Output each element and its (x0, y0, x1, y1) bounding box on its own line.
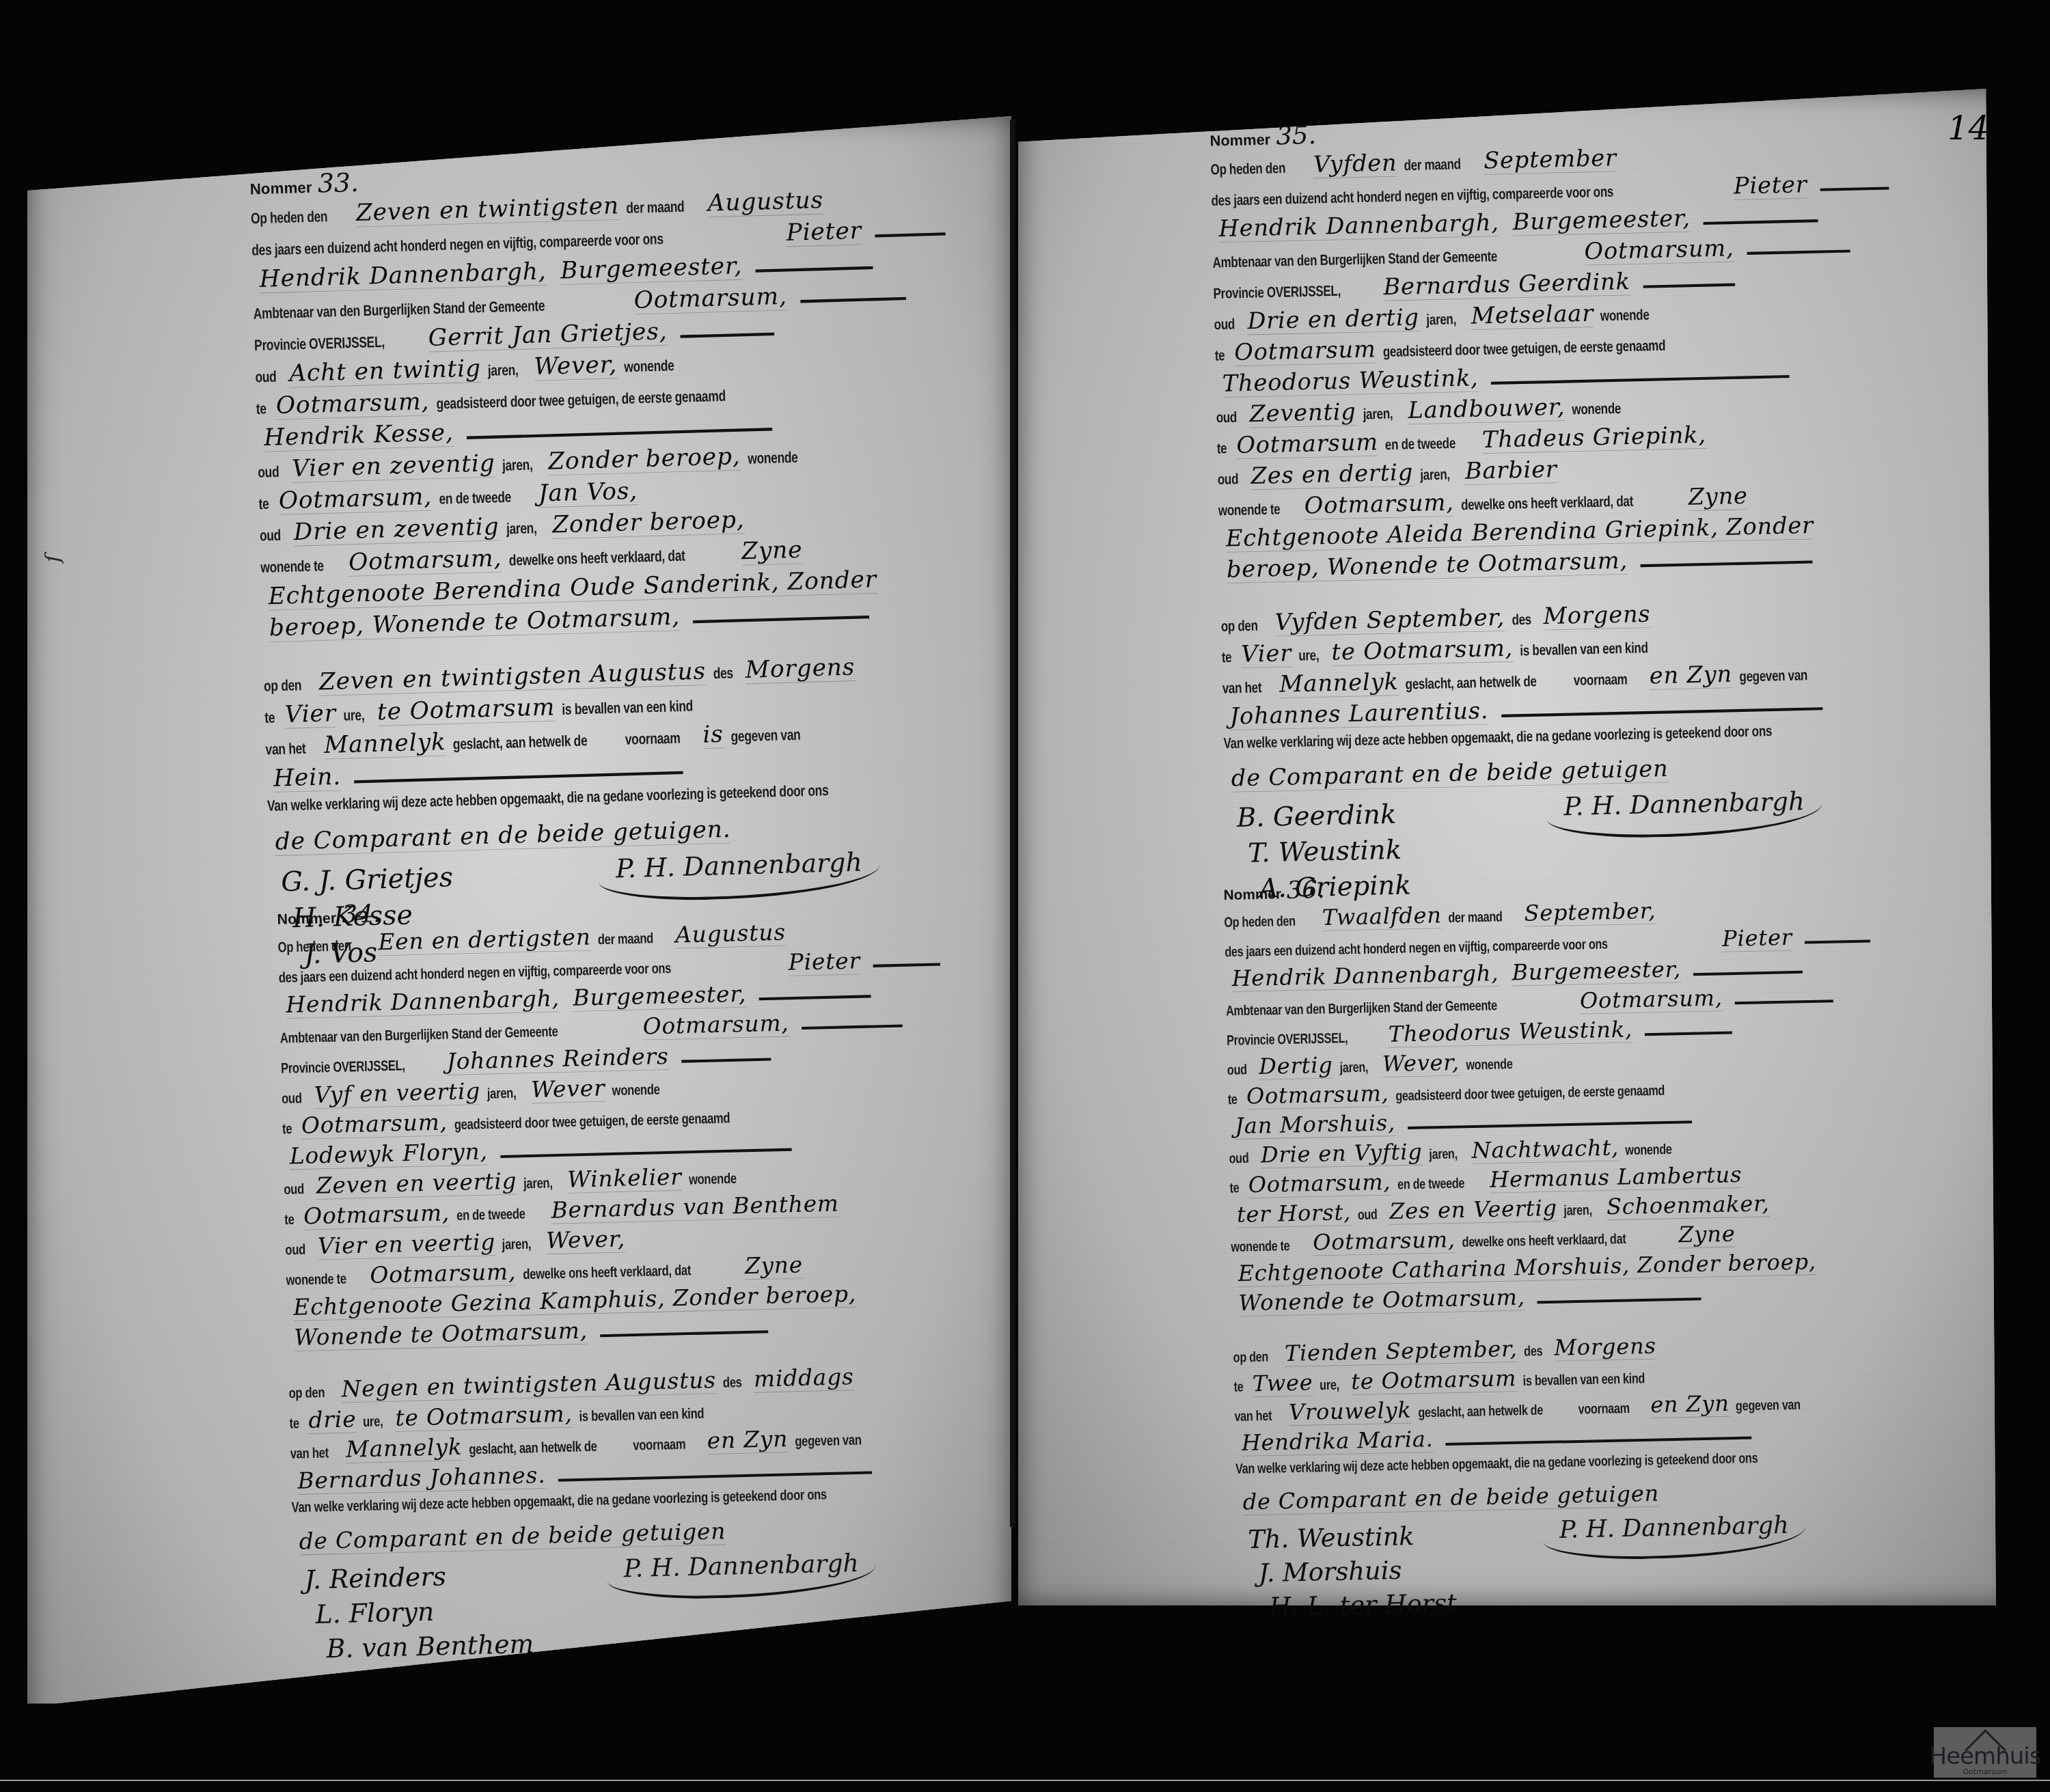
witness2-age: Vier en veertig (318, 1229, 496, 1260)
witness-signature: H. L. ter Horst (1269, 1588, 1458, 1621)
filler-rule (681, 1058, 771, 1062)
printed-wonende: wonende (624, 357, 674, 376)
official-first-name: Pieter (786, 217, 862, 247)
act-number: 33. (317, 168, 359, 199)
birth-place: te Ootmarsum (377, 693, 555, 726)
time-of-day: Morgens (745, 654, 856, 685)
official-title: Burgemeester, (560, 252, 743, 285)
printed-te: te (1229, 1179, 1239, 1196)
time-of-day: Morgens (1543, 601, 1651, 631)
printed-en-de-tweede: en de tweede (1385, 435, 1456, 454)
printed-wonende: wonende (612, 1081, 659, 1099)
act-day: Vyfden (1313, 150, 1397, 178)
witness-signature: B. van Benthem (326, 1629, 534, 1664)
printed-jaren: jaren, (1426, 310, 1456, 329)
witness1-occupation: Landbouwer, (1408, 394, 1566, 425)
signature-block: J. ReindersL. FlorynB. van BenthemP. H. … (293, 1545, 890, 1683)
printed-jaren: jaren, (1363, 404, 1393, 423)
printed-des-jaars: des jaars een duizend acht honderd negen… (278, 959, 671, 986)
witness1-occupation: Winkelier (567, 1164, 682, 1194)
birth-hour: Vier (1241, 640, 1292, 668)
act-month: Augustus (675, 920, 786, 948)
printed-ambtenaar: Ambtenaar van den Burgerlijken Stand der… (1212, 247, 1497, 271)
printed-wonende-te: wonende te (1218, 500, 1281, 519)
printed-dewelke: dewelke ons heeft verklaard, dat (1462, 1230, 1626, 1251)
printed-op-heden-den: Op heden den (1210, 159, 1285, 179)
filler-rule (1501, 707, 1822, 717)
filler-rule (354, 771, 683, 784)
witness-signature: L. Floryn (315, 1596, 435, 1629)
printed-jaren: jaren, (523, 1174, 553, 1192)
filler-rule (1703, 219, 1818, 225)
child-name: Hein. (273, 763, 342, 792)
birth-hour: Twee (1252, 1370, 1313, 1397)
filler-rule (1537, 1297, 1701, 1304)
printed-en-de-tweede: en de tweede (1397, 1174, 1465, 1193)
printed-is-bevallen: is bevallen van een kind (1523, 1370, 1645, 1390)
printed-provincie: Provincie OVERIJSSEL, (1227, 1030, 1348, 1049)
witness-signature: B. Geerdink (1236, 799, 1396, 833)
nummer-label: Nommer (277, 909, 336, 928)
witness2-name: Hermanus Lambertus (1490, 1162, 1742, 1193)
child-name: Hendrika Maria. (1242, 1426, 1434, 1456)
printed-jaren: jaren, (1563, 1202, 1592, 1219)
child-sex: Mannelyk (1279, 669, 1399, 698)
printed-jaren: jaren, (1339, 1058, 1368, 1076)
witness2-occupation: Schoenmaker, (1607, 1191, 1770, 1221)
filler-rule (1641, 560, 1813, 567)
witness1-age: Vier en zeventig (292, 450, 495, 483)
filler-rule (1645, 1031, 1732, 1036)
mother-residence-line: Wonende te Ootmarsum, (1238, 1285, 1525, 1317)
witness2-age: Zes en Veertig (1389, 1196, 1557, 1225)
declarant-age: Drie en dertig (1247, 304, 1419, 335)
printed-des: des (722, 1373, 741, 1391)
birth-act-33: Nommer33.Op heden denZeven en twintigste… (249, 153, 918, 978)
birth-act-36: Nommer36.Op heden denTwaalfdender maandS… (1223, 866, 1840, 1640)
printed-des-jaars: des jaars een duizend acht honderd negen… (1225, 935, 1608, 961)
time-of-day: Morgens (1554, 1334, 1656, 1362)
nummer-label: Nommer (249, 178, 312, 197)
official-name: Hendrik Dannenbargh, (1218, 210, 1499, 243)
printed-op-den: op den (288, 1383, 325, 1402)
official-name: Hendrik Dannenbargh, (1231, 961, 1499, 992)
printed-te: te (264, 708, 275, 727)
witness1-age: Drie en Vyftig (1261, 1140, 1423, 1169)
filler-rule (758, 995, 871, 1000)
printed-geadsisteerd: geadsisteerd door twee getuigen, de eers… (454, 1109, 730, 1133)
name-note: is (702, 721, 724, 749)
declarant-name: Gerrit Jan Grietjes, (428, 318, 668, 352)
witness2-residence: Ootmarsum, (1304, 489, 1454, 519)
printed-op-den: op den (264, 676, 302, 695)
witness2-name: Jan Vos, (538, 478, 638, 508)
watermark-brand: Heemhuis (1930, 1745, 2041, 1768)
act-month: September, (1524, 898, 1656, 927)
filler-rule (1693, 971, 1803, 976)
printed-te: te (1221, 648, 1231, 666)
birth-date: Tienden September, (1285, 1336, 1518, 1367)
printed-wonende-te: wonende te (286, 1270, 346, 1289)
witness2-residence: Ootmarsum, (348, 545, 502, 577)
witness2-age: Drie en zeventig (293, 513, 500, 547)
printed-jaren: jaren, (502, 1235, 532, 1253)
printed-ure: ure, (343, 706, 364, 725)
printed-oud: oud (1216, 409, 1237, 427)
child-name: Johannes Laurentius. (1229, 698, 1488, 730)
witness1-residence: Ootmarsum, (303, 1200, 450, 1230)
act-month: Augustus (707, 187, 823, 217)
declarant-residence: Ootmarsum, (301, 1109, 448, 1140)
declarant-occupation: Metselaar (1471, 300, 1594, 330)
printed-wonende: wonende (1600, 306, 1650, 325)
printed-oud: oud (255, 368, 277, 387)
printed-oud: oud (1218, 470, 1239, 488)
printed-der-maand: der maand (1448, 908, 1503, 926)
gemeente: Ootmarsum, (633, 283, 787, 315)
official-signature: P. H. Dannenbargh (1546, 783, 1822, 840)
heemhuis-watermark: Heemhuis Ootmarsum (1934, 1727, 2036, 1778)
printed-van-het: van het (1222, 678, 1261, 697)
birth-date: Vyfden September, (1274, 604, 1505, 636)
filler-rule (1491, 375, 1790, 385)
birth-place: te Ootmarsum, (1331, 635, 1513, 665)
witness1-age: Zeven en veertig (316, 1168, 517, 1200)
printed-ambtenaar: Ambtenaar van den Burgerlijken Stand der… (1226, 997, 1497, 1019)
printed-te: te (258, 495, 269, 513)
child-name: Bernardus Johannes. (297, 1462, 546, 1494)
witness2-age: Zes en dertig (1250, 459, 1413, 490)
birth-act-35: Nommer35.Op heden denVyfdender maandSept… (1209, 109, 1859, 911)
act-day: Twaalfden (1322, 903, 1442, 931)
printed-geslacht: geslacht, aan hetwelk de (1418, 1401, 1543, 1421)
witness1-occupation: Zonder beroep, (548, 443, 741, 475)
declarant-age: Acht en twintig (289, 355, 482, 387)
margin-mark: ſ (41, 555, 65, 562)
printed-oud: oud (1214, 315, 1235, 333)
printed-oud: oud (1227, 1061, 1247, 1078)
printed-jaren: jaren, (487, 1084, 517, 1102)
printed-gegeven-van: gegeven van (795, 1431, 862, 1450)
official-signature: P. H. Dannenbargh (607, 1545, 877, 1601)
printed-dewelke: dewelke ons heeft verklaard, dat (508, 547, 685, 570)
printed-gegeven-van: gegeven van (1736, 1396, 1801, 1414)
official-title: Burgemeester, (573, 981, 747, 1012)
birth-place: te Ootmarsum (1351, 1366, 1517, 1395)
printed-is-bevallen: is bevallen van een kind (1520, 639, 1648, 659)
printed-te: te (1214, 346, 1225, 364)
witness1-residence: Ootmarsum (1236, 429, 1378, 459)
witness1-name: Hendrik Kesse, (264, 419, 454, 452)
witness-signature: J. Morshuis (1258, 1556, 1402, 1588)
act-number: 35. (1276, 120, 1317, 150)
witness-signature: G. J. Grietjes (281, 861, 454, 897)
filler-rule (755, 266, 873, 273)
zyne: Zyne (741, 536, 803, 566)
witness2-residence: Ootmarsum, (370, 1259, 517, 1289)
filler-rule (500, 1148, 791, 1158)
act-month: September (1484, 145, 1617, 175)
name-note: en Zyn (1649, 661, 1732, 690)
time-of-day: middags (754, 1364, 855, 1393)
declarant-name: Theodorus Weustink, (1388, 1017, 1632, 1048)
filler-rule (1445, 1436, 1751, 1445)
printed-ambtenaar: Ambtenaar van den Burgerlijken Stand der… (253, 297, 545, 323)
child-sex: Vrouwelyk (1289, 1398, 1412, 1426)
birth-act-34: Nommer34.Op heden denEen en dertigstende… (277, 887, 890, 1683)
printed-oud: oud (258, 463, 279, 482)
signature-block: Th. WeustinkJ. MorshuisH. L. ter HorstP.… (1237, 1507, 1840, 1640)
declarant-age: Dertig (1259, 1053, 1333, 1080)
official-title: Burgemeester, (1512, 205, 1691, 236)
printed-ure: ure, (363, 1413, 383, 1431)
printed-is-bevallen: is bevallen van een kind (562, 697, 693, 719)
witness1-name: Theodorus Weustink, (1222, 365, 1479, 398)
printed-dewelke: dewelke ons heeft verklaard, dat (523, 1262, 691, 1283)
declarant-occupation: Wever, (534, 351, 618, 381)
printed-geslacht: geslacht, aan hetwelk de (453, 732, 588, 754)
act-number: 36. (1286, 876, 1325, 905)
printed-oud: oud (260, 526, 282, 545)
printed-des-jaars: des jaars een duizend acht honderd negen… (1211, 182, 1613, 209)
witness1-occupation: Nachtwacht, (1471, 1135, 1619, 1164)
official-signature: P. H. Dannenbargh (1543, 1508, 1806, 1561)
printed-geadsisteerd: geadsisteerd door twee getuigen, de eers… (1395, 1082, 1665, 1105)
official-first-name: Pieter (1722, 925, 1792, 952)
printed-des: des (713, 664, 733, 683)
name-note: en Zyn (707, 1426, 788, 1455)
printed-voornaam: voornaam (633, 1435, 686, 1454)
declarant-name: Johannes Reinders (446, 1043, 669, 1075)
printed-ure: ure, (1320, 1376, 1339, 1393)
official-title: Burgemeester, (1512, 957, 1681, 987)
declarant-name: Bernardus Geerdink (1383, 268, 1630, 301)
printed-oud: oud (1229, 1150, 1248, 1167)
printed-te: te (1217, 439, 1227, 457)
gemeente: Ootmarsum, (1580, 986, 1723, 1015)
filler-rule (1643, 283, 1734, 288)
witness-signature: Th. Weustink (1248, 1521, 1414, 1554)
gemeente: Ootmarsum, (1584, 235, 1734, 265)
printed-geadsisteerd: geadsisteerd door twee getuigen, de eers… (1383, 337, 1666, 361)
printed-des: des (1524, 1342, 1543, 1360)
witness2-occupation: Wever, (546, 1226, 626, 1254)
name-note: en Zyn (1650, 1391, 1730, 1418)
declarant-occupation: Wever, (1382, 1050, 1460, 1077)
printed-en-de-tweede: en de tweede (439, 488, 511, 508)
printed-oud: oud (282, 1090, 302, 1107)
printed-geslacht: geslacht, aan hetwelk de (469, 1437, 597, 1458)
printed-en-de-tweede: en de tweede (456, 1205, 525, 1224)
printed-wonende: wonende (1625, 1141, 1672, 1159)
printed-dewelke: dewelke ons heeft verklaard, dat (1461, 492, 1633, 514)
printed-van-het: van het (1234, 1407, 1272, 1425)
filler-rule (1408, 1120, 1692, 1129)
birth-place: te Ootmarsum, (395, 1401, 573, 1432)
witness-signature: T. Weustink (1248, 834, 1402, 868)
printed-ure: ure, (1298, 646, 1320, 665)
printed-jaren: jaren, (488, 361, 519, 380)
gemeente: Ootmarsum, (642, 1010, 789, 1040)
printed-jaren: jaren, (1420, 465, 1450, 484)
witness2-residence-extra: ter Horst, (1237, 1200, 1352, 1228)
declarant-residence: Ootmarsum, (275, 388, 429, 420)
declarant-residence: Ootmarsum, (1246, 1081, 1389, 1109)
printed-op-heden-den: Op heden den (1224, 913, 1296, 931)
printed-provincie: Provincie OVERIJSSEL, (1213, 282, 1341, 303)
official-first-name: Pieter (788, 948, 860, 976)
declarant-age: Vyf en veertig (314, 1078, 480, 1108)
witness1-age: Zeventig (1249, 398, 1356, 428)
printed-jaren: jaren, (1429, 1145, 1458, 1163)
printed-geslacht: geslacht, aan hetwelk de (1406, 672, 1537, 693)
printed-der-maand: der maand (626, 197, 685, 217)
witness1-name: Lodewyk Floryn, (289, 1139, 488, 1170)
printed-wonende: wonende (748, 448, 798, 468)
printed-provincie: Provincie OVERIJSSEL, (254, 333, 385, 355)
nummer-label: Nommer (1209, 130, 1270, 149)
declarant-residence: Ootmarsum (1234, 336, 1376, 366)
filler-rule (1734, 1000, 1833, 1004)
declarant-occupation: Wever (531, 1075, 605, 1103)
scan-edge-line (0, 1780, 2050, 1781)
witness2-occupation: Zonder beroep, (552, 506, 745, 539)
child-sex: Mannelyk (346, 1434, 463, 1463)
printed-te: te (256, 400, 266, 418)
printed-jaren: jaren, (506, 519, 537, 538)
printed-gegeven-van: gegeven van (730, 726, 801, 745)
printed-op-den: op den (1220, 617, 1257, 635)
act-day: Een en dertigsten (378, 924, 591, 956)
witness2-name: Thadeus Griepink, (1482, 422, 1707, 454)
printed-op-heden-den: Op heden den (251, 208, 328, 228)
zyne: Zyne (1688, 483, 1748, 511)
printed-des: des (1512, 611, 1531, 629)
printed-voornaam: voornaam (1573, 670, 1627, 689)
printed-wonende-te: wonende te (1231, 1237, 1290, 1256)
printed-op-heden-den: Op heden den (277, 937, 351, 956)
book-gutter (1010, 120, 1015, 1527)
filler-rule (693, 616, 869, 624)
printed-wonende-te: wonende te (260, 557, 324, 577)
witness1-name: Jan Morshuis, (1235, 1110, 1396, 1140)
printed-voornaam: voornaam (625, 729, 680, 749)
birth-hour: Vier (284, 700, 337, 729)
witness2-occupation: Barbier (1464, 456, 1557, 486)
witness1-residence: Ootmarsum, (1248, 1170, 1391, 1198)
witness-signature: J. Reinders (304, 1561, 446, 1595)
printed-geadsisteerd: geadsisteerd door twee getuigen, de eers… (436, 387, 726, 413)
printed-te: te (1233, 1378, 1243, 1395)
printed-te: te (282, 1120, 292, 1138)
filler-rule (680, 332, 774, 337)
filler-rule (800, 297, 906, 303)
filler-rule (1747, 249, 1850, 255)
printed-des-jaars: des jaars een duizend acht honderd negen… (251, 230, 664, 259)
zyne: Zyne (1678, 1222, 1736, 1248)
child-sex: Mannelyk (324, 728, 447, 759)
printed-der-maand: der maand (1404, 155, 1461, 174)
printed-op-den: op den (1233, 1348, 1268, 1366)
printed-te: te (284, 1211, 295, 1228)
printed-wonende: wonende (1466, 1056, 1513, 1073)
zyne: Zyne (744, 1252, 803, 1280)
birth-hour: drie (308, 1407, 357, 1434)
filler-rule (600, 1330, 768, 1337)
printed-te: te (289, 1415, 299, 1433)
printed-oud: oud (285, 1241, 305, 1258)
printed-van-het: van het (290, 1444, 329, 1463)
printed-wonende: wonende (1572, 400, 1621, 419)
printed-provincie: Provincie OVERIJSSEL, (281, 1057, 405, 1077)
printed-te: te (1228, 1091, 1238, 1108)
printed-wonende: wonende (688, 1170, 736, 1188)
printed-oud: oud (284, 1181, 304, 1198)
printed-der-maand: der maand (597, 930, 653, 948)
filler-rule (558, 1471, 872, 1481)
printed-oud: oud (1357, 1206, 1377, 1223)
printed-is-bevallen: is bevallen van een kind (579, 1405, 704, 1425)
act-number: 34. (342, 899, 381, 928)
official-first-name: Pieter (1733, 171, 1807, 200)
printed-voornaam: voornaam (1578, 1400, 1630, 1418)
printed-van-het: van het (265, 739, 305, 758)
printed-jaren: jaren, (502, 456, 533, 475)
filler-rule (467, 428, 772, 439)
printed-ambtenaar: Ambtenaar van den Burgerlijken Stand der… (280, 1023, 558, 1047)
witness2-residence: Ootmarsum, (1313, 1227, 1455, 1256)
witness1-residence: Ootmarsum, (278, 483, 432, 515)
nummer-label: Nommer (1223, 885, 1281, 903)
folio-number: 14 (1947, 109, 1988, 148)
printed-gegeven-van: gegeven van (1739, 666, 1807, 685)
